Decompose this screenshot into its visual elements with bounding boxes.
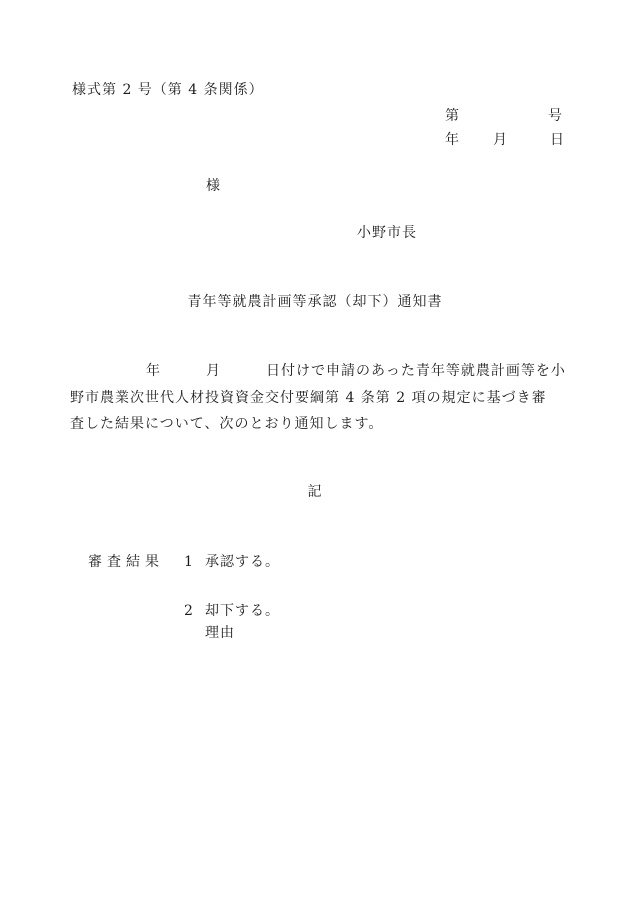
result-item-2-text: 却下する。 (205, 601, 280, 621)
doc-number-prefix: 第 (445, 106, 460, 126)
body-line-2: 野市農業次世代人材投資資金交付要綱第 4 条第 2 項の規定に基づき審 (70, 388, 547, 408)
document-title: 青年等就農計画等承認（却下）通知書 (0, 292, 630, 312)
form-number: 様式第 2 号（第 4 条関係） (72, 80, 264, 100)
ki-marker: 記 (0, 482, 630, 502)
addressee-honorific: 様 (206, 176, 221, 196)
body-line-3: 査した結果について、次のとおり通知します。 (70, 414, 383, 434)
date-day-label: 日 (550, 130, 565, 150)
sender-name: 小野市長 (357, 223, 417, 243)
reason-label: 理由 (205, 623, 235, 643)
result-item-1-text: 承認する。 (205, 552, 280, 572)
document-page: 様式第 2 号（第 4 条関係） 第 号 年 月 日 様 小野市長 青年等就農計… (0, 0, 630, 903)
result-label: 審査結果 (88, 552, 164, 572)
date-year-label: 年 (445, 130, 460, 150)
date-month-label: 月 (493, 130, 508, 150)
doc-number-suffix: 号 (548, 106, 563, 126)
body-line-1: 年 月 日付けで申請のあった青年等就農計画等を小 (146, 361, 566, 381)
result-item-2-number: 2 (184, 601, 194, 621)
result-item-1-number: 1 (184, 552, 194, 572)
